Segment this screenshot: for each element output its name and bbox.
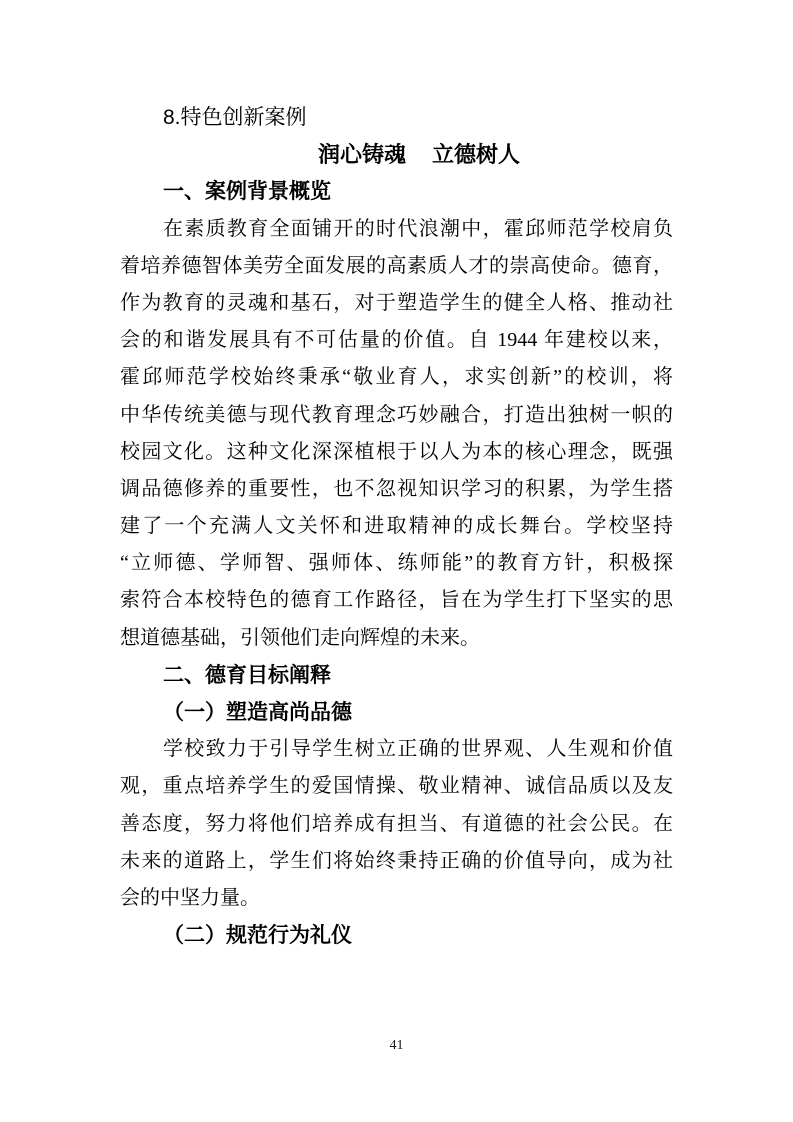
heading-section-2-1: （一）塑造高尚品德 xyxy=(120,694,673,731)
paragraph-line: 着培养德智体美劳全面发展的高素质人才的崇高使命。德育， xyxy=(120,248,673,285)
paragraph-line: 学校致力于引导学生树立正确的世界观、人生观和价值 xyxy=(120,731,673,768)
paragraph-line: 观，重点培养学生的爱国情操、敬业精神、诚信品质以及友 xyxy=(120,768,673,805)
heading-section-2-2: （二）规范行为礼仪 xyxy=(120,917,673,954)
heading-section-1: 一、案例背景概览 xyxy=(120,173,673,210)
document-title: 润心铸魂立德树人 xyxy=(120,136,673,173)
paragraph-line: 校园文化。这种文化深深植根于以人为本的核心理念，既强 xyxy=(120,434,673,471)
paragraph-line: 想道德基础，引领他们走向辉煌的未来。 xyxy=(120,620,673,657)
page-number: 41 xyxy=(0,1038,793,1054)
paragraph-line: 作为教育的灵魂和基石，对于塑造学生的健全人格、推动社 xyxy=(120,285,673,322)
paragraph-line: 善态度，努力将他们培养成有担当、有道德的社会公民。在 xyxy=(120,806,673,843)
paragraph-line: 调品德修养的重要性，也不忽视知识学习的积累，为学生搭 xyxy=(120,471,673,508)
paragraph-line: 在素质教育全面铺开的时代浪潮中，霍邱师范学校肩负 xyxy=(120,211,673,248)
paragraph-line: 未来的道路上，学生们将始终秉持正确的价值导向，成为社 xyxy=(120,843,673,880)
document-title-part1: 润心铸魂 xyxy=(318,142,406,167)
document-page: 8.特色创新案例 润心铸魂立德树人 一、案例背景概览 在素质教育全面铺开的时代浪… xyxy=(0,0,793,1122)
paragraph-line: 霍邱师范学校始终秉承“敬业育人，求实创新”的校训，将 xyxy=(120,359,673,396)
paragraph-line: 会的中坚力量。 xyxy=(120,880,673,917)
paragraph-line: 索符合本校特色的德育工作路径，旨在为学生打下坚实的思 xyxy=(120,582,673,619)
document-content: 8.特色创新案例 润心铸魂立德树人 一、案例背景概览 在素质教育全面铺开的时代浪… xyxy=(120,99,673,954)
paragraph-line: 建了一个充满人文关怀和进取精神的成长舞台。学校坚持 xyxy=(120,508,673,545)
paragraph-line: 会的和谐发展具有不可估量的价值。自 1944 年建校以来， xyxy=(120,322,673,359)
heading-section-2: 二、德育目标阐释 xyxy=(120,657,673,694)
paragraph-line: “立师德、学师智、强师体、练师能”的教育方针，积极探 xyxy=(120,545,673,582)
document-title-part2: 立德树人 xyxy=(432,142,520,167)
paragraph-line: 中华传统美德与现代教育理念巧妙融合，打造出独树一帜的 xyxy=(120,397,673,434)
section-number-heading: 8.特色创新案例 xyxy=(120,99,673,136)
